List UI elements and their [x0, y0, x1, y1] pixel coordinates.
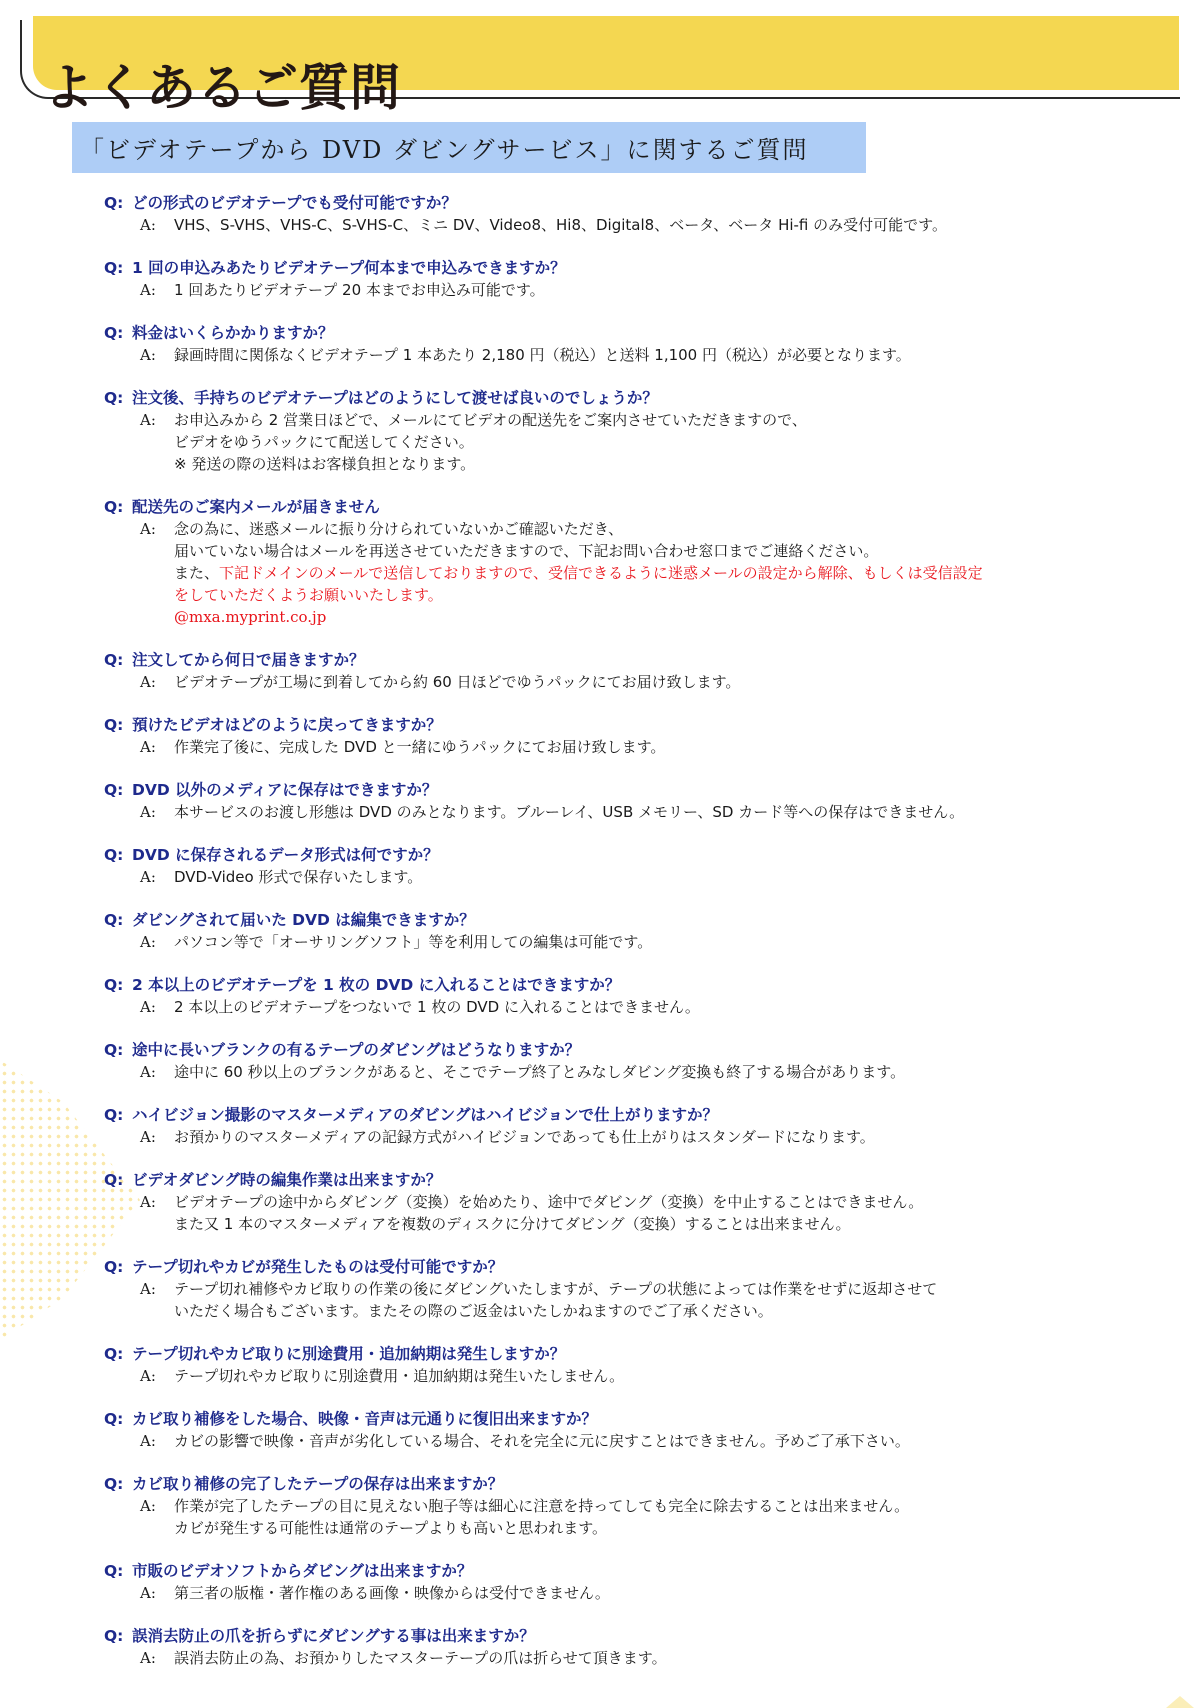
- faq-question: Q:テープ切れやカビが発生したものは受付可能ですか？: [104, 1256, 1164, 1278]
- faq-item: Q:預けたビデオはどのように戻ってきますか？A:作業完了後に、完成した DVD …: [104, 714, 1164, 758]
- faq-answer: A:お申込みから 2 営業日ほどで、メールにてビデオの配送先をご案内させていただ…: [140, 409, 1164, 475]
- question-text: 料金はいくらかかりますか？: [132, 322, 334, 344]
- sender-domain: @mxa.myprint.co.jp: [174, 606, 983, 628]
- answer-line: ビデオをゆうパックにて配送してください。: [174, 431, 807, 453]
- question-label: Q:: [104, 387, 132, 409]
- question-text: 誤消去防止の爪を折らずにダビングする事は出来ますか？: [132, 1625, 535, 1647]
- answer-line: 1 回あたりビデオテープ 20 本までお申込み可能です。: [174, 279, 545, 301]
- faq-question: Q:注文後、手持ちのビデオテープはどのようにして渡せば良いのでしょうか？: [104, 387, 1164, 409]
- answer-label: A:: [140, 1647, 174, 1669]
- question-text: 途中に長いブランクの有るテープのダビングはどうなりますか？: [132, 1039, 580, 1061]
- faq-answer: A:本サービスのお渡し形態は DVD のみとなります。ブルーレイ、USB メモリ…: [140, 801, 1164, 823]
- answer-lines: お申込みから 2 営業日ほどで、メールにてビデオの配送先をご案内させていただきま…: [174, 409, 807, 475]
- question-text: どの形式のビデオテープでも受付可能ですか？: [132, 192, 457, 214]
- question-label: Q:: [104, 1256, 132, 1278]
- answer-lines: テープ切れやカビ取りに別途費用・追加納期は発生いたしません。: [174, 1365, 624, 1387]
- answer-label: A:: [140, 1126, 174, 1148]
- decorative-corner-shape: [1166, 1696, 1194, 1708]
- answer-label: A:: [140, 736, 174, 758]
- answer-line: ビデオテープの途中からダビング（変換）を始めたり、途中でダビング（変換）を中止す…: [174, 1191, 923, 1213]
- answer-line: 第三者の版権・著作権のある画像・映像からは受付できません。: [174, 1582, 610, 1604]
- faq-item: Q:テープ切れやカビ取りに別途費用・追加納期は発生しますか？A:テープ切れやカビ…: [104, 1343, 1164, 1387]
- question-label: Q:: [104, 322, 132, 344]
- faq-item: Q:どの形式のビデオテープでも受付可能ですか？A:VHS、S-VHS、VHS-C…: [104, 192, 1164, 236]
- faq-item: Q:ダビングされて届いた DVD は編集できますか？A:パソコン等で「オーサリン…: [104, 909, 1164, 953]
- question-label: Q:: [104, 649, 132, 671]
- answer-lines: 1 回あたりビデオテープ 20 本までお申込み可能です。: [174, 279, 545, 301]
- answer-line: DVD-Video 形式で保存いたします。: [174, 866, 422, 888]
- question-label: Q:: [104, 1039, 132, 1061]
- faq-answer: A:テープ切れやカビ取りに別途費用・追加納期は発生いたしません。: [140, 1365, 1164, 1387]
- answer-label: A:: [140, 866, 174, 888]
- answer-lines: 第三者の版権・著作権のある画像・映像からは受付できません。: [174, 1582, 610, 1604]
- question-label: Q:: [104, 779, 132, 801]
- faq-list: Q:どの形式のビデオテープでも受付可能ですか？A:VHS、S-VHS、VHS-C…: [104, 192, 1164, 1690]
- question-label: Q:: [104, 714, 132, 736]
- faq-answer: A:第三者の版権・著作権のある画像・映像からは受付できません。: [140, 1582, 1164, 1604]
- faq-answer: A:1 回あたりビデオテープ 20 本までお申込み可能です。: [140, 279, 1164, 301]
- faq-question: Q:途中に長いブランクの有るテープのダビングはどうなりますか？: [104, 1039, 1164, 1061]
- answer-label: A:: [140, 1495, 174, 1539]
- faq-item: Q:配送先のご案内メールが届きませんA:念の為に、迷惑メールに振り分けられていな…: [104, 496, 1164, 628]
- answer-lines: 誤消去防止の為、お預かりしたマスターテープの爪は折らせて頂きます。: [174, 1647, 667, 1669]
- answer-line: パソコン等で「オーサリングソフト」等を利用しての編集は可能です。: [174, 931, 652, 953]
- question-label: Q:: [104, 1343, 132, 1365]
- answer-line: 念の為に、迷惑メールに振り分けられていないかご確認いただき、: [174, 518, 983, 540]
- faq-answer: A:途中に 60 秒以上のブランクがあると、そこでテープ終了とみなしダビング変換…: [140, 1061, 1164, 1083]
- faq-answer: A:カビの影響で映像・音声が劣化している場合、それを完全に元に戻すことはできませ…: [140, 1430, 1164, 1452]
- faq-question: Q:料金はいくらかかりますか？: [104, 322, 1164, 344]
- faq-item: Q:カビ取り補修をした場合、映像・音声は元通りに復旧出来ますか？A:カビの影響で…: [104, 1408, 1164, 1452]
- answer-lines: テープ切れ補修やカビ取りの作業の後にダビングいたしますが、テープの状態によっては…: [174, 1278, 937, 1322]
- faq-item: Q:カビ取り補修の完了したテープの保存は出来ますか？A:作業が完了したテープの目…: [104, 1473, 1164, 1539]
- answer-line: 途中に 60 秒以上のブランクがあると、そこでテープ終了とみなしダビング変換も終…: [174, 1061, 905, 1083]
- question-text: テープ切れやカビが発生したものは受付可能ですか？: [132, 1256, 503, 1278]
- answer-label: A:: [140, 279, 174, 301]
- answer-line: ※ 発送の際の送料はお客様負担となります。: [174, 453, 807, 475]
- answer-lines: VHS、S-VHS、VHS-C、S-VHS-C、ミニ DV、Video8、Hi8…: [174, 214, 947, 236]
- answer-line: いただく場合もございます。またその際のご返金はいたしかねますのでご了承ください。: [174, 1300, 937, 1322]
- faq-answer: A:作業が完了したテープの目に見えない胞子等は細心に注意を持ってしても完全に除去…: [140, 1495, 1164, 1539]
- question-text: ハイビジョン撮影のマスターメディアのダビングはハイビジョンで仕上がりますか？: [132, 1104, 718, 1126]
- answer-lines: ビデオテープの途中からダビング（変換）を始めたり、途中でダビング（変換）を中止す…: [174, 1191, 923, 1235]
- question-text: 配送先のご案内メールが届きません: [132, 496, 380, 518]
- answer-line: VHS、S-VHS、VHS-C、S-VHS-C、ミニ DV、Video8、Hi8…: [174, 214, 947, 236]
- question-label: Q:: [104, 1169, 132, 1191]
- answer-lines: 念の為に、迷惑メールに振り分けられていないかご確認いただき、届いていない場合はメ…: [174, 518, 983, 628]
- question-text: テープ切れやカビ取りに別途費用・追加納期は発生しますか？: [132, 1343, 565, 1365]
- faq-item: Q:ビデオダビング時の編集作業は出来ますか？A:ビデオテープの途中からダビング（…: [104, 1169, 1164, 1235]
- faq-question: Q:2 本以上のビデオテープを 1 枚の DVD に入れることはできますか？: [104, 974, 1164, 996]
- faq-item: Q:1 回の申込みあたりビデオテープ何本まで申込みできますか？A:1 回あたりビ…: [104, 257, 1164, 301]
- answer-lines: お預かりのマスターメディアの記録方式がハイビジョンであっても仕上がりはスタンダー…: [174, 1126, 875, 1148]
- faq-item: Q:ハイビジョン撮影のマスターメディアのダビングはハイビジョンで仕上がりますか？…: [104, 1104, 1164, 1148]
- faq-answer: A:ビデオテープが工場に到着してから約 60 日ほどでゆうパックにてお届け致しま…: [140, 671, 1164, 693]
- faq-item: Q:途中に長いブランクの有るテープのダビングはどうなりますか？A:途中に 60 …: [104, 1039, 1164, 1083]
- question-text: カビ取り補修の完了したテープの保存は出来ますか？: [132, 1473, 503, 1495]
- section-banner: 「ビデオテープから DVD ダビングサービス」に関するご質問: [72, 122, 866, 173]
- answer-label: A:: [140, 801, 174, 823]
- answer-lines: 2 本以上のビデオテープをつないで 1 枚の DVD に入れることはできません。: [174, 996, 700, 1018]
- question-text: 1 回の申込みあたりビデオテープ何本まで申込みできますか？: [132, 257, 566, 279]
- answer-label: A:: [140, 518, 174, 628]
- question-text: ビデオダビング時の編集作業は出来ますか？: [132, 1169, 441, 1191]
- question-label: Q:: [104, 844, 132, 866]
- faq-item: Q:DVD 以外のメディアに保存はできますか？A:本サービスのお渡し形態は DV…: [104, 779, 1164, 823]
- faq-answer: A:作業完了後に、完成した DVD と一緒にゆうパックにてお届け致します。: [140, 736, 1164, 758]
- answer-lines: DVD-Video 形式で保存いたします。: [174, 866, 422, 888]
- question-label: Q:: [104, 974, 132, 996]
- faq-question: Q:市販のビデオソフトからダビングは出来ますか？: [104, 1560, 1164, 1582]
- faq-item: Q:DVD に保存されるデータ形式は何ですか？A:DVD-Video 形式で保存…: [104, 844, 1164, 888]
- answer-label: A:: [140, 931, 174, 953]
- faq-answer: A:ビデオテープの途中からダビング（変換）を始めたり、途中でダビング（変換）を中…: [140, 1191, 1164, 1235]
- answer-line-mixed: また、下記ドメインのメールで送信しておりますので、受信できるように迷惑メールの設…: [174, 562, 983, 584]
- answer-lines: カビの影響で映像・音声が劣化している場合、それを完全に元に戻すことはできません。…: [174, 1430, 910, 1452]
- faq-answer: A:パソコン等で「オーサリングソフト」等を利用しての編集は可能です。: [140, 931, 1164, 953]
- answer-lines: ビデオテープが工場に到着してから約 60 日ほどでゆうパックにてお届け致します。: [174, 671, 740, 693]
- faq-answer: A:テープ切れ補修やカビ取りの作業の後にダビングいたしますが、テープの状態によっ…: [140, 1278, 1164, 1322]
- answer-line: 作業完了後に、完成した DVD と一緒にゆうパックにてお届け致します。: [174, 736, 665, 758]
- faq-item: Q:料金はいくらかかりますか？A:録画時間に関係なくビデオテープ 1 本あたり …: [104, 322, 1164, 366]
- question-label: Q:: [104, 1473, 132, 1495]
- faq-item: Q:テープ切れやカビが発生したものは受付可能ですか？A:テープ切れ補修やカビ取り…: [104, 1256, 1164, 1322]
- answer-line: 録画時間に関係なくビデオテープ 1 本あたり 2,180 円（税込）と送料 1,…: [174, 344, 911, 366]
- answer-lines: 録画時間に関係なくビデオテープ 1 本あたり 2,180 円（税込）と送料 1,…: [174, 344, 911, 366]
- faq-answer: A:VHS、S-VHS、VHS-C、S-VHS-C、ミニ DV、Video8、H…: [140, 214, 1164, 236]
- question-text: カビ取り補修をした場合、映像・音声は元通りに復旧出来ますか？: [132, 1408, 597, 1430]
- answer-line: カビが発生する可能性は通常のテープよりも高いと思われます。: [174, 1517, 909, 1539]
- answer-label: A:: [140, 344, 174, 366]
- answer-label: A:: [140, 409, 174, 475]
- question-text: 市販のビデオソフトからダビングは出来ますか？: [132, 1560, 472, 1582]
- question-label: Q:: [104, 1560, 132, 1582]
- answer-label: A:: [140, 214, 174, 236]
- answer-label: A:: [140, 1430, 174, 1452]
- notice-text: をしていただくようお願いいたします。: [174, 584, 983, 606]
- answer-prefix: また、: [174, 564, 219, 582]
- answer-line: お申込みから 2 営業日ほどで、メールにてビデオの配送先をご案内させていただきま…: [174, 409, 807, 431]
- answer-line: 届いていない場合はメールを再送させていただきますので、下記お問い合わせ窓口までご…: [174, 540, 983, 562]
- faq-answer: A:誤消去防止の為、お預かりしたマスターテープの爪は折らせて頂きます。: [140, 1647, 1164, 1669]
- faq-question: Q:ビデオダビング時の編集作業は出来ますか？: [104, 1169, 1164, 1191]
- answer-lines: 本サービスのお渡し形態は DVD のみとなります。ブルーレイ、USB メモリー、…: [174, 801, 964, 823]
- answer-label: A:: [140, 1191, 174, 1235]
- question-text: 注文後、手持ちのビデオテープはどのようにして渡せば良いのでしょうか？: [132, 387, 658, 409]
- section-title: 「ビデオテープから DVD ダビングサービス」に関するご質問: [80, 130, 809, 165]
- faq-question: Q:預けたビデオはどのように戻ってきますか？: [104, 714, 1164, 736]
- faq-item: Q:注文後、手持ちのビデオテープはどのようにして渡せば良いのでしょうか？A:お申…: [104, 387, 1164, 475]
- notice-text: 下記ドメインのメールで送信しておりますので、受信できるように迷惑メールの設定から…: [219, 564, 983, 582]
- question-label: Q:: [104, 909, 132, 931]
- answer-label: A:: [140, 671, 174, 693]
- answer-line: 誤消去防止の為、お預かりしたマスターテープの爪は折らせて頂きます。: [174, 1647, 667, 1669]
- faq-question: Q:テープ切れやカビ取りに別途費用・追加納期は発生しますか？: [104, 1343, 1164, 1365]
- answer-line: ビデオテープが工場に到着してから約 60 日ほどでゆうパックにてお届け致します。: [174, 671, 740, 693]
- faq-item: Q:市販のビデオソフトからダビングは出来ますか？A:第三者の版権・著作権のある画…: [104, 1560, 1164, 1604]
- faq-answer: A:録画時間に関係なくビデオテープ 1 本あたり 2,180 円（税込）と送料 …: [140, 344, 1164, 366]
- faq-question: Q:カビ取り補修をした場合、映像・音声は元通りに復旧出来ますか？: [104, 1408, 1164, 1430]
- faq-question: Q:ハイビジョン撮影のマスターメディアのダビングはハイビジョンで仕上がりますか？: [104, 1104, 1164, 1126]
- question-text: 注文してから何日で届きますか？: [132, 649, 365, 671]
- faq-question: Q:1 回の申込みあたりビデオテープ何本まで申込みできますか？: [104, 257, 1164, 279]
- answer-line: テープ切れやカビ取りに別途費用・追加納期は発生いたしません。: [174, 1365, 624, 1387]
- answer-line: 本サービスのお渡し形態は DVD のみとなります。ブルーレイ、USB メモリー、…: [174, 801, 964, 823]
- faq-question: Q:どの形式のビデオテープでも受付可能ですか？: [104, 192, 1164, 214]
- answer-line: また又 1 本のマスターメディアを複数のディスクに分けてダビング（変換）すること…: [174, 1213, 923, 1235]
- question-text: 2 本以上のビデオテープを 1 枚の DVD に入れることはできますか？: [132, 974, 620, 996]
- answer-label: A:: [140, 1582, 174, 1604]
- question-label: Q:: [104, 1104, 132, 1126]
- question-label: Q:: [104, 496, 132, 518]
- question-text: ダビングされて届いた DVD は編集できますか？: [132, 909, 475, 931]
- faq-answer: A:念の為に、迷惑メールに振り分けられていないかご確認いただき、届いていない場合…: [140, 518, 1164, 628]
- question-text: 預けたビデオはどのように戻ってきますか？: [132, 714, 442, 736]
- question-label: Q:: [104, 192, 132, 214]
- faq-answer: A:お預かりのマスターメディアの記録方式がハイビジョンであっても仕上がりはスタン…: [140, 1126, 1164, 1148]
- answer-lines: 途中に 60 秒以上のブランクがあると、そこでテープ終了とみなしダビング変換も終…: [174, 1061, 905, 1083]
- faq-question: Q:DVD 以外のメディアに保存はできますか？: [104, 779, 1164, 801]
- faq-question: Q:ダビングされて届いた DVD は編集できますか？: [104, 909, 1164, 931]
- answer-label: A:: [140, 1278, 174, 1322]
- faq-question: Q:DVD に保存されるデータ形式は何ですか？: [104, 844, 1164, 866]
- answer-line: お預かりのマスターメディアの記録方式がハイビジョンであっても仕上がりはスタンダー…: [174, 1126, 875, 1148]
- answer-label: A:: [140, 1061, 174, 1083]
- answer-line: 作業が完了したテープの目に見えない胞子等は細心に注意を持ってしても完全に除去する…: [174, 1495, 909, 1517]
- faq-item: Q:注文してから何日で届きますか？A:ビデオテープが工場に到着してから約 60 …: [104, 649, 1164, 693]
- faq-answer: A:DVD-Video 形式で保存いたします。: [140, 866, 1164, 888]
- page-title: よくあるご質問: [44, 54, 401, 122]
- answer-label: A:: [140, 996, 174, 1018]
- question-text: DVD 以外のメディアに保存はできますか？: [132, 779, 437, 801]
- answer-lines: 作業完了後に、完成した DVD と一緒にゆうパックにてお届け致します。: [174, 736, 665, 758]
- question-text: DVD に保存されるデータ形式は何ですか？: [132, 844, 439, 866]
- question-label: Q:: [104, 257, 132, 279]
- answer-lines: 作業が完了したテープの目に見えない胞子等は細心に注意を持ってしても完全に除去する…: [174, 1495, 909, 1539]
- faq-question: Q:配送先のご案内メールが届きません: [104, 496, 1164, 518]
- faq-question: Q:注文してから何日で届きますか？: [104, 649, 1164, 671]
- faq-question: Q:誤消去防止の爪を折らずにダビングする事は出来ますか？: [104, 1625, 1164, 1647]
- faq-answer: A:2 本以上のビデオテープをつないで 1 枚の DVD に入れることはできませ…: [140, 996, 1164, 1018]
- answer-lines: パソコン等で「オーサリングソフト」等を利用しての編集は可能です。: [174, 931, 652, 953]
- faq-item: Q:2 本以上のビデオテープを 1 枚の DVD に入れることはできますか？A:…: [104, 974, 1164, 1018]
- question-label: Q:: [104, 1408, 132, 1430]
- faq-item: Q:誤消去防止の爪を折らずにダビングする事は出来ますか？A:誤消去防止の為、お預…: [104, 1625, 1164, 1669]
- question-label: Q:: [104, 1625, 132, 1647]
- answer-label: A:: [140, 1365, 174, 1387]
- faq-question: Q:カビ取り補修の完了したテープの保存は出来ますか？: [104, 1473, 1164, 1495]
- answer-line: 2 本以上のビデオテープをつないで 1 枚の DVD に入れることはできません。: [174, 996, 700, 1018]
- answer-line: カビの影響で映像・音声が劣化している場合、それを完全に元に戻すことはできません。…: [174, 1430, 910, 1452]
- answer-line: テープ切れ補修やカビ取りの作業の後にダビングいたしますが、テープの状態によっては…: [174, 1278, 937, 1300]
